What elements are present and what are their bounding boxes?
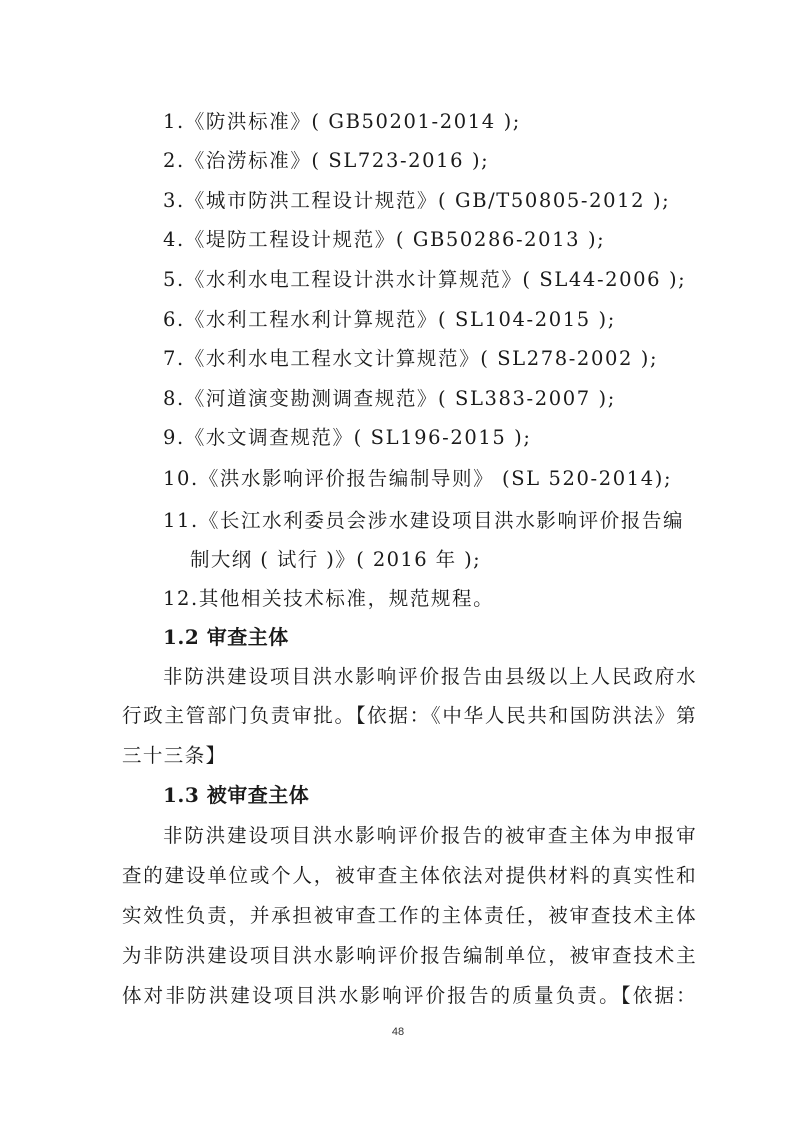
reference-number: 8. (163, 387, 185, 410)
reference-text: 《河道演变勘测调查规范》( SL383-2007 ); (185, 387, 616, 410)
reference-item: 3.《城市防洪工程设计规范》( GB/T50805-2012 ); (163, 181, 738, 221)
paragraph-line: 非防洪建设项目洪水影响评价报告由县级以上人民政府水 (163, 657, 697, 697)
reference-text: 《水利水电工程水文计算规范》( SL278-2002 ); (185, 347, 658, 370)
reference-number: 12. (163, 587, 199, 610)
reference-number: 7. (163, 347, 185, 370)
paragraph-line: 实效性负责，并承担被审查工作的主体责任，被审查技术主体 (122, 896, 697, 936)
reference-number: 5. (163, 268, 185, 291)
reference-item: 10.《洪水影响评价报告编制导则》 (SL 520-2014); (163, 459, 738, 499)
reference-text: 《堤防工程设计规范》( GB50286-2013 ); (185, 228, 606, 251)
reference-item: 9.《水文调查规范》( SL196-2015 ); (163, 418, 738, 458)
reference-number: 2. (163, 149, 185, 172)
paragraph-line: 体对非防洪建设项目洪水影响评价报告的质量负责。【依据： (122, 976, 697, 1016)
page-number: 48 (386, 1026, 410, 1038)
reference-number: 6. (163, 308, 185, 331)
reference-item: 7.《水利水电工程水文计算规范》( SL278-2002 ); (163, 339, 738, 379)
reference-item-continuation: 制大纲 ( 试行 )》( 2016 年 ); (190, 540, 765, 580)
reference-text: 《水利工程水利计算规范》( SL104-2015 ); (185, 308, 616, 331)
reference-number: 10. (163, 467, 199, 490)
reference-number: 4. (163, 228, 185, 251)
reference-item: 6.《水利工程水利计算规范》( SL104-2015 ); (163, 300, 738, 340)
paragraph-line: 查的建设单位或个人，被审查主体依法对提供材料的真实性和 (122, 856, 697, 896)
reference-text: 《治涝标准》( SL723-2016 ); (185, 149, 490, 172)
reference-text: 《洪水影响评价报告编制导则》 (SL 520-2014); (199, 467, 672, 490)
reference-item: 11.《长江水利委员会涉水建设项目洪水影响评价报告编 (163, 501, 738, 541)
reference-item: 12.其他相关技术标准，规范规程。 (163, 579, 738, 619)
reference-item: 1.《防洪标准》( GB50201-2014 ); (163, 102, 738, 142)
paragraph-line: 三十三条】 (122, 736, 697, 776)
reference-text: 《水利水电工程设计洪水计算规范》( SL44-2006 ); (185, 268, 687, 291)
reference-text: 《城市防洪工程设计规范》( GB/T50805-2012 ); (185, 189, 671, 212)
reference-text: 《长江水利委员会涉水建设项目洪水影响评价报告编 (199, 509, 684, 532)
reference-number: 9. (163, 426, 185, 449)
reference-number: 1. (163, 110, 185, 133)
reference-text: 其他相关技术标准，规范规程。 (199, 587, 494, 610)
reference-number: 11. (163, 509, 199, 532)
document-page: 1.《防洪标准》( GB50201-2014 ); 2.《治涝标准》( SL72… (0, 0, 793, 1122)
reference-item: 4.《堤防工程设计规范》( GB50286-2013 ); (163, 220, 738, 260)
section-heading: 1.3 被审查主体 (163, 775, 738, 815)
reference-item: 8.《河道演变勘测调查规范》( SL383-2007 ); (163, 379, 738, 419)
reference-item: 2.《治涝标准》( SL723-2016 ); (163, 141, 738, 181)
reference-number: 3. (163, 189, 185, 212)
reference-text: 《水文调查规范》( SL196-2015 ); (185, 426, 532, 449)
section-heading: 1.2 审查主体 (163, 617, 738, 657)
paragraph-line: 非防洪建设项目洪水影响评价报告的被审查主体为申报审 (163, 816, 697, 856)
reference-text: 《防洪标准》( GB50201-2014 ); (185, 110, 521, 133)
paragraph-line: 为非防洪建设项目洪水影响评价报告编制单位，被审查技术主 (122, 936, 697, 976)
paragraph-line: 行政主管部门负责审批。【依据：《中华人民共和国防洪法》第 (122, 696, 697, 736)
reference-item: 5.《水利水电工程设计洪水计算规范》( SL44-2006 ); (163, 260, 738, 300)
